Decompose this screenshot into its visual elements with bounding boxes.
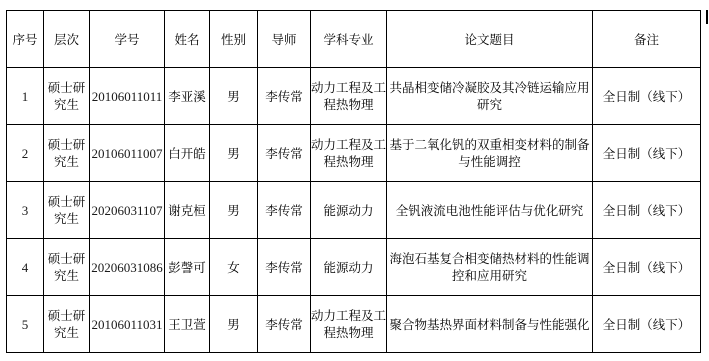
cell-seq: 3 <box>7 182 44 239</box>
cell-thesis-title: 共晶相变储冷凝胶及其冷链运输应用研究 <box>387 68 593 125</box>
cell-level: 硕士研究生 <box>44 68 90 125</box>
cell-major: 动力工程及工程热物理 <box>311 296 387 353</box>
header-advisor: 导师 <box>258 11 311 68</box>
cell-student-id: 20206031086 <box>90 239 165 296</box>
cell-thesis-title: 全钒液流电池性能评估与优化研究 <box>387 182 593 239</box>
cell-seq: 5 <box>7 296 44 353</box>
cell-seq: 4 <box>7 239 44 296</box>
header-row: 序号 层次 学号 姓名 性别 导师 学科专业 论文题目 备注 <box>7 11 701 68</box>
cell-gender: 男 <box>210 125 258 182</box>
cell-seq: 1 <box>7 68 44 125</box>
cell-student-id: 20106011011 <box>90 68 165 125</box>
cell-student-id: 20106011031 <box>90 296 165 353</box>
cell-note: 全日制（线下） <box>593 68 701 125</box>
cell-advisor: 李传常 <box>258 68 311 125</box>
cell-gender: 男 <box>210 296 258 353</box>
table-row: 3硕士研究生20206031107谢克桓男李传常能源动力全钒液流电池性能评估与优… <box>7 182 701 239</box>
table-row: 5硕士研究生20106011031王卫萱男李传常动力工程及工程热物理聚合物基热界… <box>7 296 701 353</box>
header-note: 备注 <box>593 11 701 68</box>
cell-level: 硕士研究生 <box>44 182 90 239</box>
table-row: 1硕士研究生20106011011李亚溪男李传常动力工程及工程热物理共晶相变储冷… <box>7 68 701 125</box>
cell-name: 彭謦可 <box>165 239 210 296</box>
cell-advisor: 李传常 <box>258 239 311 296</box>
cell-student-id: 20206031107 <box>90 182 165 239</box>
cell-gender: 男 <box>210 68 258 125</box>
cell-advisor: 李传常 <box>258 296 311 353</box>
cell-thesis-title: 海泡石基复合相变储热材料的性能调控和应用研究 <box>387 239 593 296</box>
cell-level: 硕士研究生 <box>44 239 90 296</box>
header-level: 层次 <box>44 11 90 68</box>
cell-student-id: 20106011007 <box>90 125 165 182</box>
cell-level: 硕士研究生 <box>44 296 90 353</box>
header-name: 姓名 <box>165 11 210 68</box>
cell-note: 全日制（线下） <box>593 296 701 353</box>
cell-major: 动力工程及工程热物理 <box>311 125 387 182</box>
cell-note: 全日制（线下） <box>593 125 701 182</box>
cell-name: 王卫萱 <box>165 296 210 353</box>
table-row: 2硕士研究生20106011007白开皓男李传常动力工程及工程热物理基于二氧化钒… <box>7 125 701 182</box>
right-edge-mark <box>706 10 708 24</box>
cell-major: 能源动力 <box>311 182 387 239</box>
cell-seq: 2 <box>7 125 44 182</box>
header-seq: 序号 <box>7 11 44 68</box>
cell-major: 动力工程及工程热物理 <box>311 68 387 125</box>
student-thesis-table: 序号 层次 学号 姓名 性别 导师 学科专业 论文题目 备注 1硕士研究生201… <box>6 10 701 353</box>
cell-name: 李亚溪 <box>165 68 210 125</box>
header-major: 学科专业 <box>311 11 387 68</box>
cell-level: 硕士研究生 <box>44 125 90 182</box>
header-thesis-title: 论文题目 <box>387 11 593 68</box>
cell-gender: 女 <box>210 239 258 296</box>
cell-thesis-title: 聚合物基热界面材料制备与性能强化 <box>387 296 593 353</box>
cell-major: 能源动力 <box>311 239 387 296</box>
cell-note: 全日制（线下） <box>593 182 701 239</box>
cell-gender: 男 <box>210 182 258 239</box>
cell-note: 全日制（线下） <box>593 239 701 296</box>
cell-name: 谢克桓 <box>165 182 210 239</box>
cell-thesis-title: 基于二氧化钒的双重相变材料的制备与性能调控 <box>387 125 593 182</box>
header-student-id: 学号 <box>90 11 165 68</box>
cell-name: 白开皓 <box>165 125 210 182</box>
cell-advisor: 李传常 <box>258 125 311 182</box>
table-row: 4硕士研究生20206031086彭謦可女李传常能源动力海泡石基复合相变储热材料… <box>7 239 701 296</box>
cell-advisor: 李传常 <box>258 182 311 239</box>
header-gender: 性别 <box>210 11 258 68</box>
